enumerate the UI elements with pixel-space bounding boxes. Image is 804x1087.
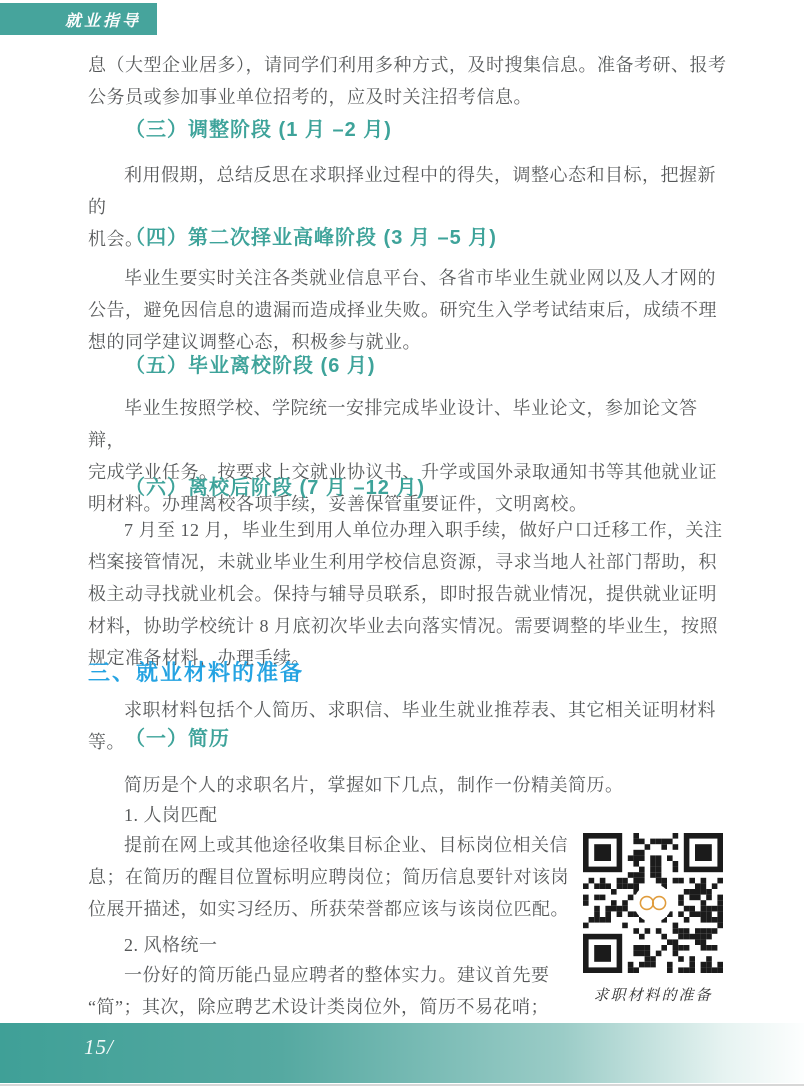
scanned-document-page: 就业指导 息（大型企业居多），请同学们利用多种方式，及时搜集信息。准备考研、报考… (0, 0, 804, 1087)
page-header-label: 就业指导 (65, 8, 141, 31)
heading-stage-3-adjustment: （三）调整阶段 (1 月 –2 月) (125, 118, 392, 142)
list-item-1-title: 1. 人岗匹配 (88, 799, 732, 831)
qr-caption: 求职材料的准备 (583, 984, 723, 1005)
section-3-title: 三、就业材料的准备 (88, 660, 304, 686)
heading-stage-5-graduation: （五）毕业离校阶段 (6 月) (125, 354, 376, 378)
heading-resume: （一）简历 (125, 727, 230, 751)
paragraph-resume-intro: 简历是个人的求职名片，掌握如下几点，制作一份精美简历。 (88, 769, 732, 801)
paragraph-stage-6: 7 月至 12 月，毕业生到用人单位办理入职手续，做好户口迁移工作，关注 档案接… (88, 514, 732, 674)
qr-block: 求职材料的准备 (583, 833, 723, 1005)
scan-edge-line (0, 1084, 804, 1086)
paragraph-point-1: 提前在网上或其他途径收集目标企业、目标岗位相关信 息；在简历的醒目位置标明应聘岗… (88, 829, 580, 925)
heading-stage-6-after-leaving: （六）离校后阶段 (7 月 –12 月) (125, 476, 425, 500)
heading-stage-4-second-peak: （四）第二次择业高峰阶段 (3 月 –5 月) (125, 226, 497, 250)
page-footer: 15/ (0, 1023, 804, 1083)
paragraph-stage-5: 毕业生按照学校、学院统一安排完成毕业设计、毕业论文，参加论文答辩， 完成学业任务… (88, 392, 732, 520)
paragraph-stage-4: 毕业生要实时关注各类就业信息平台、各省市毕业生就业网以及人才网的 公告，避免因信… (88, 262, 732, 358)
page-number: 15/ (84, 1035, 114, 1060)
page-header-tab: 就业指导 (0, 3, 157, 35)
qr-code-image (583, 833, 723, 973)
paragraph-point-2: 一份好的简历能凸显应聘者的整体实力。建议首先要 “简”；其次，除应聘艺术设计类岗… (88, 959, 580, 1023)
paragraph-intro-continuation: 息（大型企业居多），请同学们利用多种方式，及时搜集信息。准备考研、报考 公务员或… (88, 49, 732, 113)
